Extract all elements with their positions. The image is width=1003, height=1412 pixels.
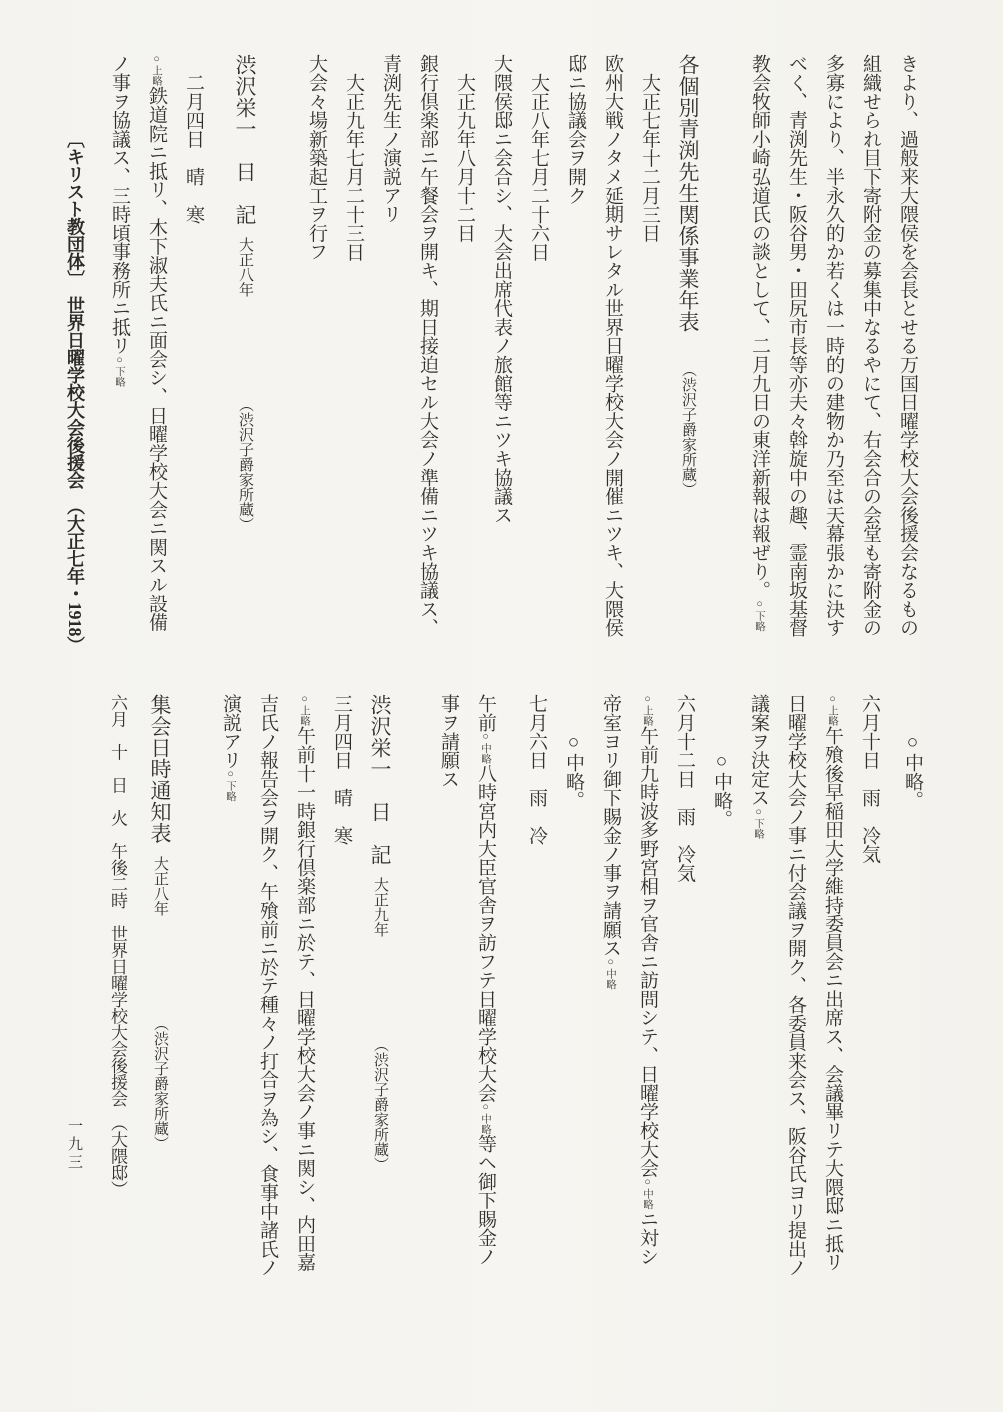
text-column-body: ○上略午前十一時銀行倶楽部ニ於テ、日曜学校大会ノ事ニ関シ、内田嘉	[286, 694, 323, 1294]
text-run: 午前十一時銀行倶楽部ニ於テ、日曜学校大会ノ事ニ関シ、内田嘉	[294, 726, 315, 1271]
text-column-body: ノ事ヲ協議ス、三時頃事務所ニ抵リ○下略	[101, 54, 138, 654]
text-run: ○中略。	[902, 732, 923, 809]
text-run: 帝室ヨリ御下賜金ノ事ヲ請願ス	[600, 694, 621, 957]
text-run: 六月十日 雨 冷気	[859, 694, 880, 863]
source-attribution: （渋沢子爵家所蔵）	[372, 1037, 388, 1172]
document-page: きより、過般来大隈侯を会長とせる万国日曜学校大会後援会なるもの組織せられ目下寄附…	[0, 0, 1003, 1412]
text-run: 大正七年十二月三日	[639, 73, 660, 242]
text-run: 多寡により、半永久的か若くは一時的の建物か乃至は天幕張かに決す	[823, 54, 844, 637]
text-column-body: 多寡により、半永久的か若くは一時的の建物か乃至は天幕張かに決す	[815, 54, 852, 654]
text-run: 三月四日 晴 寒	[331, 694, 352, 844]
text-column-body: 組織せられ目下寄附金の募集中なるやにて、右会合の会堂も寄附金の	[852, 54, 889, 654]
text-column-body: 午前○中略八時宮内大臣官舎ヲ訪フテ日曜学校大会○中略等ヘ御下賜金ノ	[467, 694, 504, 1294]
text-run: 七月六日 雨 冷	[526, 694, 547, 844]
text-run: 大正九年七月二十三日	[343, 73, 364, 261]
era-label: 大正八年	[152, 856, 168, 916]
text-run: べく、青渕先生・阪谷男・田尻市長等亦夫々斡旋中の趣、霊南坂基督	[786, 54, 807, 637]
text-run: 欧州大戦ノタメ延期サレタル世界日曜学校大会ノ開催ニツキ、大隈侯	[602, 54, 623, 637]
source-attribution: （渋沢子爵家所蔵）	[680, 362, 696, 497]
text-run: 銀行倶楽部ニ午餐会ヲ開キ、期日接迫セル大会ノ準備ニツキ協議ス、	[417, 54, 438, 637]
text-run: 午飱後早稲田大学維持委員会ニ出席ス、会議畢リテ大隈邸ニ抵リ	[822, 726, 843, 1271]
text-column-body: 演説アリ○下略	[212, 694, 249, 1294]
text-run: 大正八年七月二十六日	[528, 73, 549, 261]
source-attribution: （渋沢子爵家所蔵）	[237, 397, 253, 532]
text-column-body: 事ヲ請願ス	[430, 694, 467, 1294]
era-label: 大正八年	[237, 237, 253, 297]
text-column-notice: 六月 十 日 火 午後二時 世界日曜学校大会後援会 （大隈邸）	[99, 694, 136, 1294]
text-run: 吉氏ノ報告会ヲ開ク、午飱前ニ於テ種々ノ打合ヲ為シ、食事中諸氏ノ	[257, 694, 278, 1277]
text-run: 教会牧師小崎弘道氏の談として、二月九日の東洋新報は報ぜり。	[749, 54, 770, 599]
text-run: 渋沢栄一 日 記	[233, 54, 257, 225]
bottom-text-block: ○中略。六月十日 雨 冷気○上略午飱後早稲田大学維持委員会ニ出席ス、会議畢リテ大…	[99, 694, 931, 1294]
text-run: 鉄道院ニ抵リ、木下淑夫氏ニ面会シ、日曜学校大会ニ関スル設備	[146, 86, 167, 631]
elision-note: ○上略	[642, 694, 653, 726]
elision-note: ○下略	[225, 769, 236, 801]
text-column-body: 吉氏ノ報告会ヲ開ク、午飱前ニ於テ種々ノ打合ヲ為シ、食事中諸氏ノ	[249, 694, 286, 1294]
text-run: 午前九時波多野宮相ヲ官舎ニ訪問シテ、日曜学校大会	[637, 726, 658, 1177]
text-run: 各個別青渕先生関係事業年表	[676, 54, 700, 332]
elision-note: ○下略	[754, 599, 765, 631]
text-column-body: 欧州大戦ノタメ延期サレタル世界日曜学校大会ノ開催ニツキ、大隈侯	[594, 54, 631, 654]
text-run: 大会々場新築起工ヲ行フ	[306, 54, 327, 261]
text-run: 青渕先生ノ演説アリ	[380, 54, 401, 223]
text-column-body: 帝室ヨリ御下賜金ノ事ヲ請願ス○中略	[592, 694, 629, 1294]
text-run: 六月 十 日 火 午後二時 世界日曜学校大会後援会 （大隈邸）	[108, 694, 127, 1197]
text-column-date: 六月十日 雨 冷気	[851, 694, 888, 1294]
elision-note: ○上略	[151, 54, 162, 86]
text-column-body: ○中略。	[703, 694, 740, 1294]
page-number: 一九三	[64, 1118, 85, 1172]
text-column-date: 三月四日 晴 寒	[323, 694, 360, 1294]
text-column-date: 大正九年七月二十三日	[335, 54, 372, 654]
text-column-body: 邸ニ協議会ヲ開ク	[557, 54, 594, 654]
text-run: 演説アリ	[220, 694, 241, 769]
text-run: ニ対シ	[637, 1209, 658, 1265]
text-run: 日曜学校大会ノ事ニ付会議ヲ開ク、各委員来会ス、阪谷氏ヨリ提出ノ	[785, 694, 806, 1277]
text-run: 議案ヲ決定ス	[748, 694, 769, 807]
text-column-body: きより、過般来大隈侯を会長とせる万国日曜学校大会後援会なるもの	[889, 54, 926, 654]
text-column-body: 大隈侯邸ニ会合シ、大会出席代表ノ旅館等ニツキ協議ス	[483, 54, 520, 654]
elision-note: ○中略	[642, 1177, 653, 1209]
text-run: ○中略。	[711, 751, 732, 828]
text-run: 大隈侯邸ニ会合シ、大会出席代表ノ旅館等ニツキ協議ス	[491, 54, 512, 524]
text-column-body: ○上略午飱後早稲田大学維持委員会ニ出席ス、会議畢リテ大隈邸ニ抵リ	[814, 694, 851, 1294]
text-column-body: 銀行倶楽部ニ午餐会ヲ開キ、期日接迫セル大会ノ準備ニツキ協議ス、	[409, 54, 446, 654]
text-run: ノ事ヲ協議ス、三時頃事務所ニ抵リ	[109, 54, 130, 355]
source-attribution: （渋沢子爵家所蔵）	[152, 1016, 168, 1151]
text-run: 邸ニ協議会ヲ開ク	[565, 54, 586, 204]
text-run: 〔キリスト教団体〕 世界日曜学校大会後援会 （大正七年・1918）	[65, 130, 85, 654]
text-run: 等ヘ御下賜金ノ	[475, 1134, 496, 1266]
text-column-date: 大正九年八月十二日	[446, 54, 483, 654]
text-run: 集会日時通知表	[148, 694, 172, 844]
text-column-body: 教会牧師小崎弘道氏の談として、二月九日の東洋新報は報ぜり。○下略	[741, 54, 778, 654]
text-column-date: 七月六日 雨 冷	[518, 694, 555, 1294]
text-column-date: 大正七年十二月三日	[631, 54, 668, 654]
text-column-body: 日曜学校大会ノ事ニ付会議ヲ開ク、各委員来会ス、阪谷氏ヨリ提出ノ	[777, 694, 814, 1294]
elision-note: ○中略	[480, 1102, 491, 1134]
text-run: ○中略。	[563, 732, 584, 809]
text-column-date: 六月十二日 雨 冷気	[666, 694, 703, 1294]
text-column-date: 大正八年七月二十六日	[520, 54, 557, 654]
text-column-body: ○上略午前九時波多野宮相ヲ官舎ニ訪問シテ、日曜学校大会○中略ニ対シ	[629, 694, 666, 1294]
elision-note: ○中略	[605, 957, 616, 989]
text-run: 二月四日 晴 寒	[183, 73, 204, 223]
text-run: 事ヲ請願ス	[438, 694, 459, 788]
text-run: 渋沢栄一 日 記	[368, 694, 392, 865]
text-run: 組織せられ目下寄附金の募集中なるやにて、右会合の会堂も寄附金の	[860, 54, 881, 637]
text-column-body: 大会々場新築起工ヲ行フ	[298, 54, 335, 654]
text-column-body: 青渕先生ノ演説アリ	[372, 54, 409, 654]
elision-note: ○下略	[753, 807, 764, 839]
text-column-header: 各個別青渕先生関係事業年表（渋沢子爵家所蔵）	[668, 54, 708, 654]
text-column-section-title: 〔キリスト教団体〕 世界日曜学校大会後援会 （大正七年・1918）	[56, 54, 93, 654]
elision-note: ○上略	[299, 694, 310, 726]
elision-note: ○下略	[114, 355, 125, 387]
elision-note: ○上略	[827, 694, 838, 726]
text-column-header: 集会日時通知表大正八年（渋沢子爵家所蔵）	[140, 694, 180, 1294]
text-run: 六月十二日 雨 冷気	[674, 694, 695, 882]
text-column-body: ○上略鉄道院ニ抵リ、木下淑夫氏ニ面会シ、日曜学校大会ニ関スル設備	[138, 54, 175, 654]
text-run: 午前	[475, 694, 496, 732]
text-column-header: 渋沢栄一 日 記大正九年（渋沢子爵家所蔵）	[360, 694, 400, 1294]
text-run: きより、過般来大隈侯を会長とせる万国日曜学校大会後援会なるもの	[897, 54, 918, 637]
text-column-body: 議案ヲ決定ス○下略	[740, 694, 777, 1294]
era-label: 大正九年	[372, 877, 388, 937]
text-column-header: 渋沢栄一 日 記大正八年（渋沢子爵家所蔵）	[225, 54, 265, 654]
text-column-body: べく、青渕先生・阪谷男・田尻市長等亦夫々斡旋中の趣、霊南坂基督	[778, 54, 815, 654]
text-run: 八時宮内大臣官舎ヲ訪フテ日曜学校大会	[475, 764, 496, 1102]
elision-note: ○中略	[480, 732, 491, 764]
text-column-date: 二月四日 晴 寒	[175, 54, 212, 654]
text-run: 大正九年八月十二日	[454, 73, 475, 242]
text-column-body: ○中略。	[555, 694, 592, 1294]
text-column-body: ○中略。	[894, 694, 931, 1294]
top-text-block: きより、過般来大隈侯を会長とせる万国日曜学校大会後援会なるもの組織せられ目下寄附…	[56, 54, 926, 654]
